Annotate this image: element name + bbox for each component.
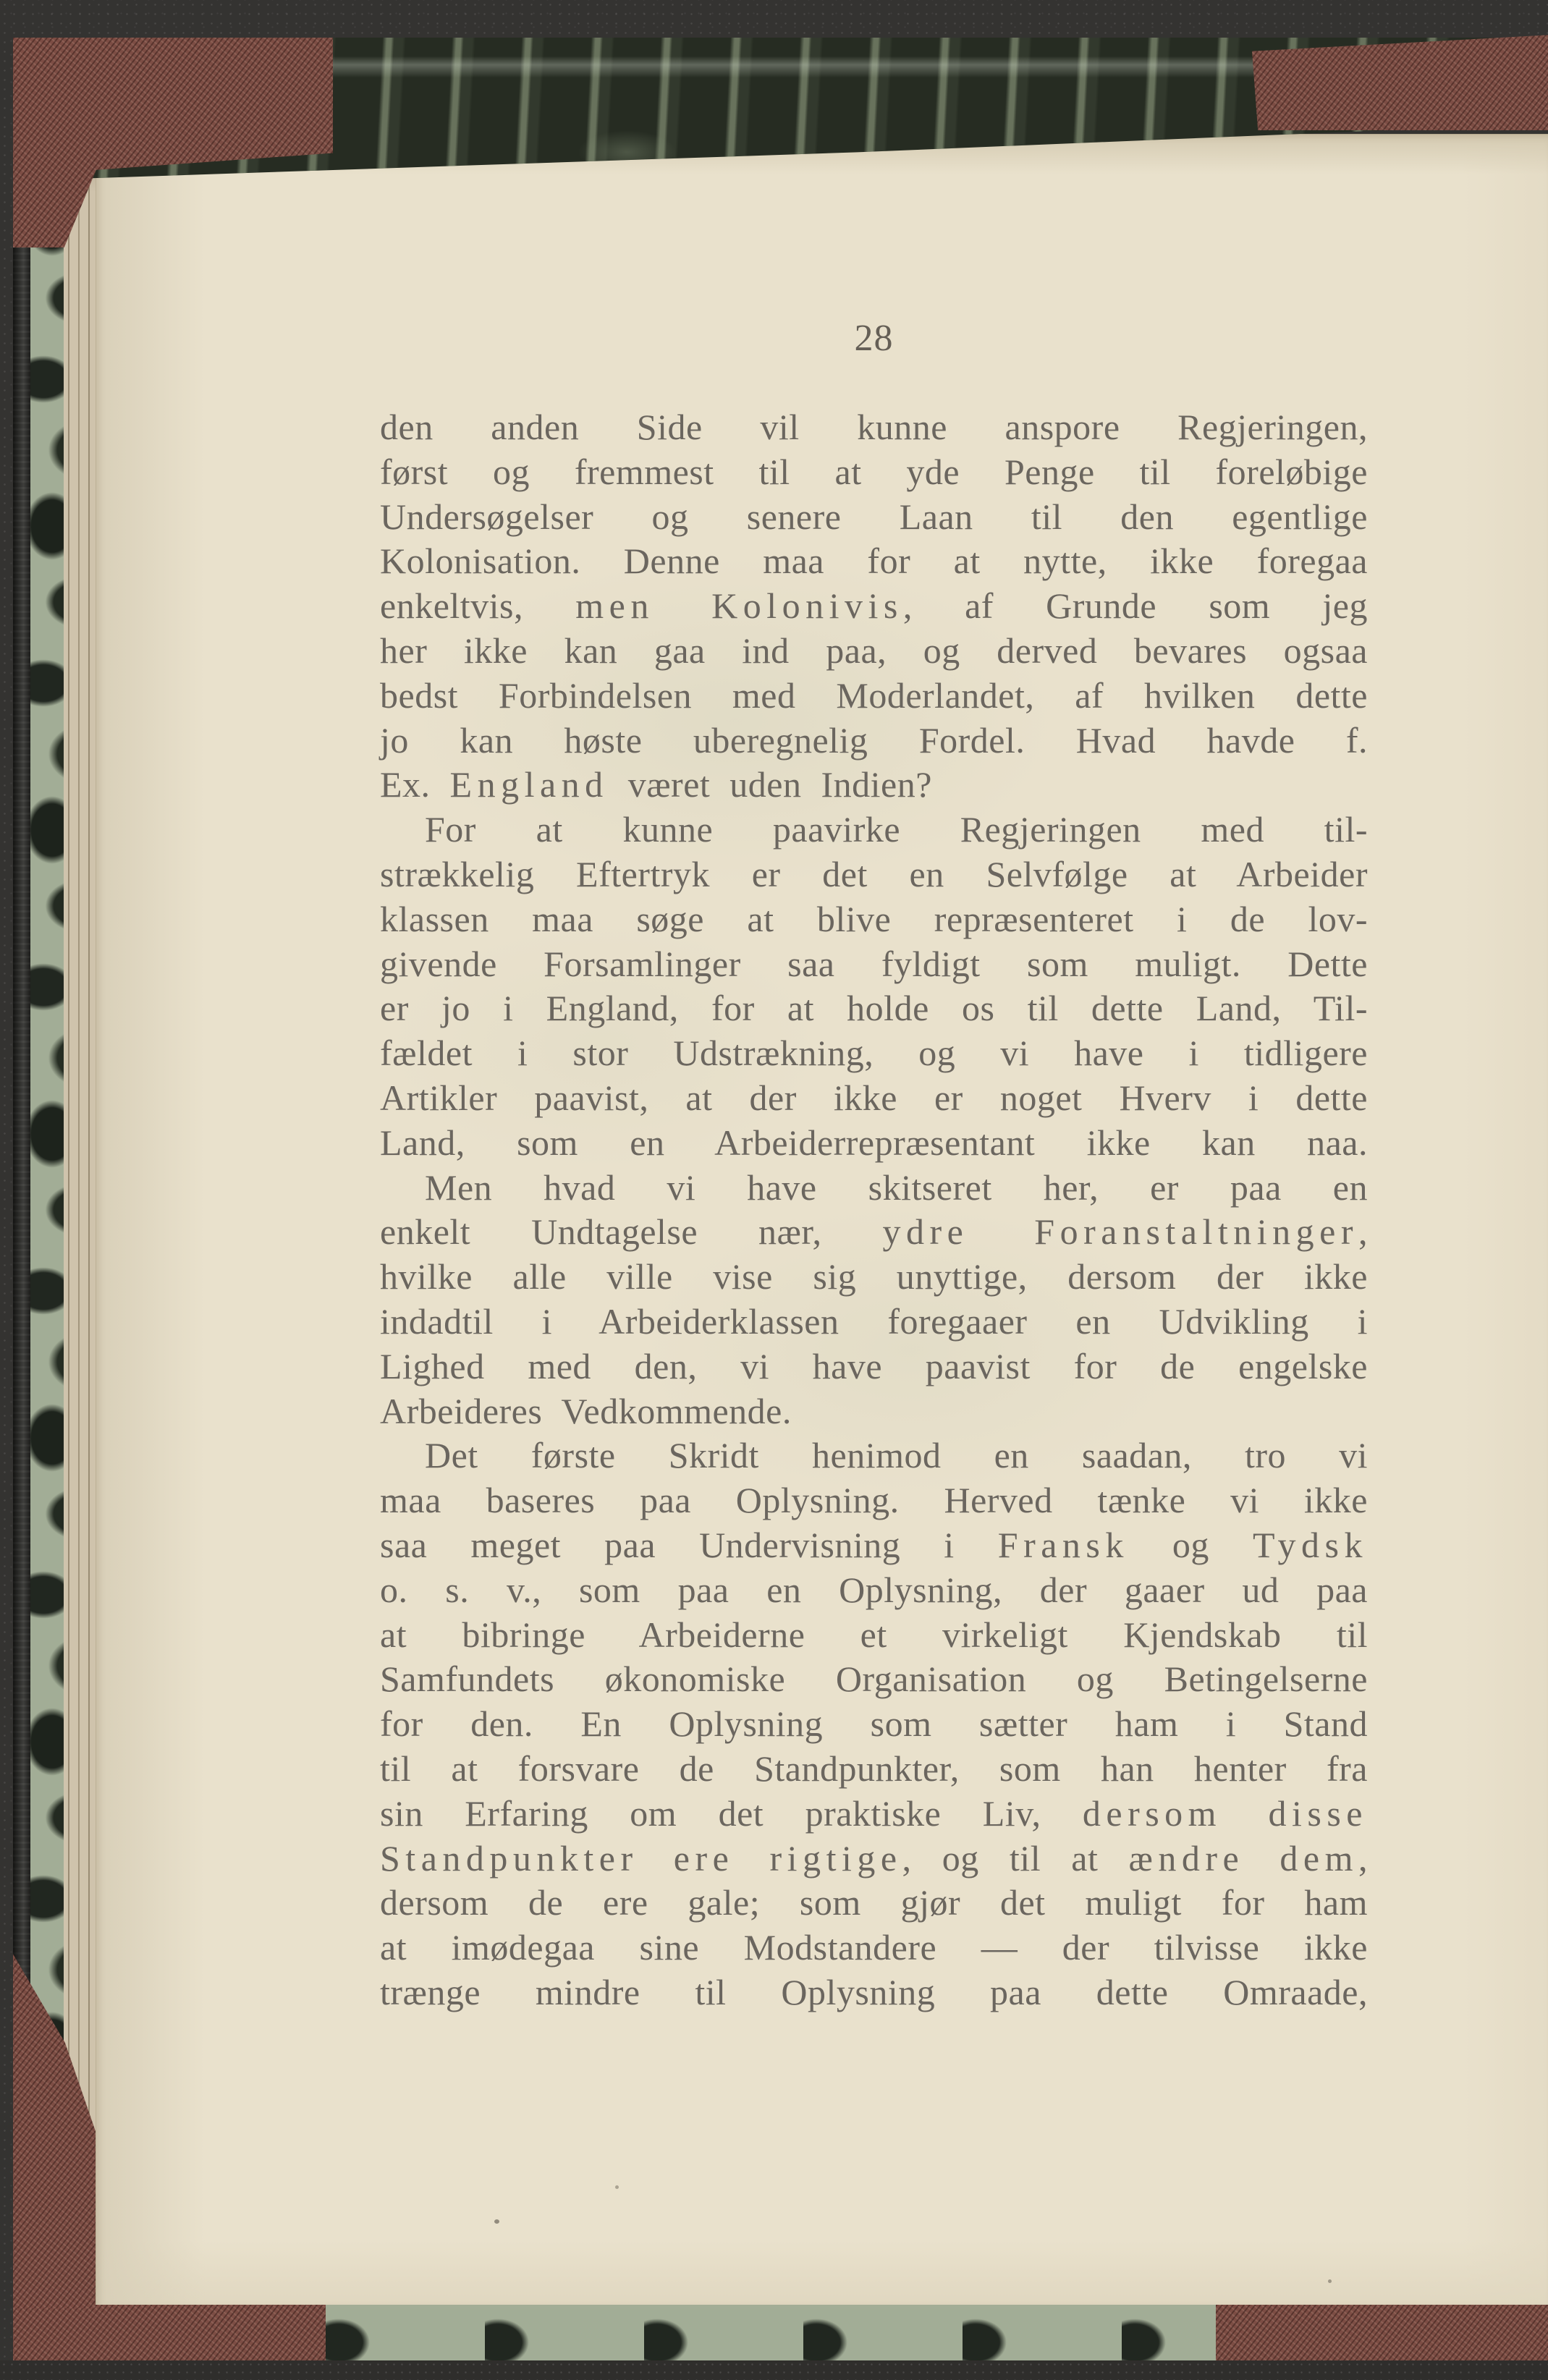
text-line: at bibringe Arbeiderne et virkeligt Kjen… [380,1613,1368,1658]
text-segment: til at forsvare de Standpunkter, som han… [380,1748,1368,1789]
text-segment: og [1129,1525,1253,1565]
text-line: Det første Skridt henimod en saadan, tro… [380,1433,1368,1478]
text-segment: at bibringe Arbeiderne et virkeligt Kjen… [380,1614,1368,1655]
text-segment: Men hvad vi have skitseret her, er paa e… [425,1167,1368,1208]
book-cover-bottom-marble [326,2305,1216,2360]
text-segment: enkeltvis, [380,585,575,626]
text-line: her ikke kan gaa ind paa, og derved beva… [380,629,1368,674]
text-segment: fældet i stor Udstrækning, og vi have i … [380,1033,1368,1073]
text-line: enkelt Undtagelse nær, ydre Foranstaltni… [380,1210,1368,1255]
text-segment: været uden Indien? [609,764,932,805]
text-line: givende Forsamlinger saa fyldigt som mul… [380,942,1368,987]
page-number: 28 [380,317,1368,360]
text-segment: at imødegaa sine Modstandere — der tilvi… [380,1927,1368,1968]
text-line: Undersøgelser og senere Laan til den ege… [380,495,1368,540]
text-line: først og fremmest til at yde Penge til f… [380,450,1368,495]
text-line: Artikler paavist, at der ikke er noget H… [380,1076,1368,1121]
page-edges-left [64,148,96,2312]
text-segment: her ikke kan gaa ind paa, og derved beva… [380,630,1368,671]
text-segment: , [1358,1838,1368,1879]
text-line: trænge mindre til Oplysning paa dette Om… [380,1970,1368,2015]
text-line: er jo i England, for at holde os til det… [380,986,1368,1031]
text-segment: Det første Skridt henimod en saadan, tro… [425,1435,1368,1475]
text-segment: , [1358,1211,1368,1252]
text-line: For at kunne paavirke Regjeringen med ti… [380,808,1368,852]
text-line: Standpunkter ere rigtige, og til at ændr… [380,1837,1368,1881]
text-segment: Samfundets økonomiske Organisation og Be… [380,1659,1368,1699]
text-line: indadtil i Arbeiderklassen foregaaer en … [380,1300,1368,1344]
scanner-background-bottom [0,2360,1548,2380]
text-line: den anden Side vil kunne anspore Regjeri… [380,405,1368,450]
text-segment: For at kunne paavirke Regjeringen med ti… [425,809,1368,850]
text-segment: dersom de ere gale; som gjør det muligt … [380,1882,1368,1923]
text-line: Land, som en Arbeiderrepræsentant ikke k… [380,1121,1368,1166]
text-segment: , af Grunde som jeg [903,585,1368,626]
emphasized-text: Standpunkter ere rigtige [380,1838,902,1879]
paper-speck [1328,2279,1332,2283]
paper-speck [494,2219,499,2224]
text-segment: klassen maa søge at blive repræsenteret … [380,899,1368,939]
text-line: Samfundets økonomiske Organisation og Be… [380,1657,1368,1702]
text-segment: saa meget paa Undervisning i [380,1525,998,1565]
text-line: klassen maa søge at blive repræsenteret … [380,897,1368,942]
text-segment: for den. En Oplysning som sætter ham i S… [380,1703,1368,1744]
emphasized-text: ændre dem [1129,1838,1358,1879]
text-line: maa baseres paa Oplysning. Herved tænke … [380,1478,1368,1523]
text-segment: Undersøgelser og senere Laan til den ege… [380,496,1368,537]
text-segment: enkelt Undtagelse nær, [380,1211,882,1252]
text-segment: Artikler paavist, at der ikke er noget H… [380,1077,1368,1118]
scanned-book-page: { "page": { "number": "28", "lines": [ {… [0,0,1548,2380]
emphasized-text: Tydsk [1253,1525,1368,1565]
book-cover-bottom-cloth-right [1216,2305,1548,2360]
text-segment: den anden Side vil kunne anspore Regjeri… [380,407,1368,447]
text-segment: o. s. v., som paa en Oplysning, der gaae… [380,1570,1368,1610]
text-line: til at forsvare de Standpunkter, som han… [380,1747,1368,1792]
text-segment: trænge mindre til Oplysning paa dette Om… [380,1972,1368,2012]
text-line: Kolonisation. Denne maa for at nytte, ik… [380,539,1368,584]
text-segment: er jo i England, for at holde os til det… [380,988,1368,1028]
text-line: enkeltvis, men Kolonivis, af Grunde som … [380,584,1368,629]
text-line: saa meget paa Undervisning i Fransk og T… [380,1523,1368,1568]
text-segment: Lighed med den, vi have paavist for de e… [380,1346,1368,1386]
text-segment: Arbeideres Vedkommende. [380,1391,792,1431]
emphasized-text: dersom disse [1083,1793,1368,1834]
text-segment: Land, som en Arbeiderrepræsentant ikke k… [380,1122,1368,1163]
text-segment: maa baseres paa Oplysning. Herved tænke … [380,1480,1368,1520]
emphasized-text: men Kolonivis [575,585,903,626]
text-segment: Ex. [380,764,450,805]
text-segment: indadtil i Arbeiderklassen foregaaer en … [380,1301,1368,1342]
text-line: Ex. England været uden Indien? [380,763,1368,808]
paper-speck [615,2185,619,2189]
emphasized-text: England [450,764,609,805]
text-line: Lighed med den, vi have paavist for de e… [380,1344,1368,1389]
text-segment: strækkelig Eftertryk er det en Selvfølge… [380,854,1368,894]
text-block: den anden Side vil kunne anspore Regjeri… [380,405,1368,2015]
book-cover-bottom-cloth-left [13,2305,326,2360]
emphasized-text: Fransk [998,1525,1129,1565]
text-line: fældet i stor Udstrækning, og vi have i … [380,1031,1368,1076]
text-segment: sin Erfaring om det praktiske Liv, [380,1793,1083,1834]
text-segment: først og fremmest til at yde Penge til f… [380,452,1368,492]
text-line: strækkelig Eftertryk er det en Selvfølge… [380,852,1368,897]
text-line: o. s. v., som paa en Oplysning, der gaae… [380,1568,1368,1613]
text-segment: jo kan høste uberegnelig Fordel. Hvad ha… [380,720,1368,761]
text-line: for den. En Oplysning som sætter ham i S… [380,1702,1368,1747]
text-line: at imødegaa sine Modstandere — der tilvi… [380,1926,1368,1970]
emphasized-text: ydre Foranstaltninger [882,1211,1358,1252]
text-line: sin Erfaring om det praktiske Liv, derso… [380,1792,1368,1837]
text-line: bedst Forbindelsen med Moderlandet, af h… [380,674,1368,719]
text-segment: bedst Forbindelsen med Moderlandet, af h… [380,675,1368,716]
text-segment: givende Forsamlinger saa fyldigt som mul… [380,944,1368,984]
text-segment: hvilke alle ville vise sig unyttige, der… [380,1256,1368,1297]
text-line: dersom de ere gale; som gjør det muligt … [380,1881,1368,1926]
text-line: Arbeideres Vedkommende. [380,1389,1368,1434]
text-segment: , og til at [902,1838,1129,1879]
text-segment: Kolonisation. Denne maa for at nytte, ik… [380,541,1368,581]
text-line: hvilke alle ville vise sig unyttige, der… [380,1255,1368,1300]
text-line: jo kan høste uberegnelig Fordel. Hvad ha… [380,719,1368,763]
text-line: Men hvad vi have skitseret her, er paa e… [380,1166,1368,1211]
